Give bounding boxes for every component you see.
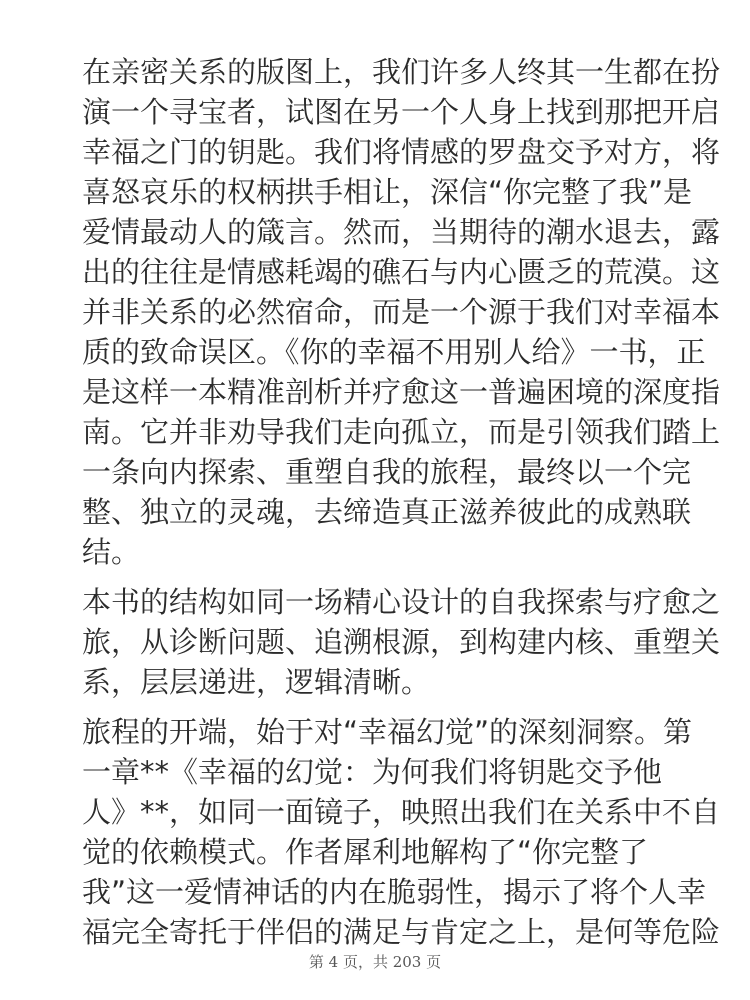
document-page: 在亲密关系的版图上，我们许多人终其一生都在扮 演一个寻宝者，试图在另一个人身上找… (0, 0, 750, 1000)
text-line: 整、独立的灵魂，去缔造真正滋养彼此的成熟联 (82, 492, 682, 532)
text-line: 人》**，如同一面镜子，映照出我们在关系中不自 (82, 792, 682, 832)
text-line: 南。它并非劝导我们走向孤立，而是引领我们踏上 (82, 412, 682, 452)
text-line: 质的致命误区。《你的幸福不用别人给》一书，正 (82, 332, 682, 372)
text-line: 觉的依赖模式。作者犀利地解构了“你完整了 (82, 832, 682, 872)
text-line: 演一个寻宝者，试图在另一个人身上找到那把开启 (82, 92, 682, 132)
text-line: 旅程的开端，始于对“幸福幻觉”的深刻洞察。第 (82, 712, 682, 752)
text-line: 并非关系的必然宿命，而是一个源于我们对幸福本 (82, 292, 682, 332)
paragraph-2: 本书的结构如同一场精心设计的自我探索与疗愈之 旅，从诊断问题、追溯根源，到构建内… (82, 582, 682, 702)
text-line: 幸福之门的钥匙。我们将情感的罗盘交予对方，将 (82, 132, 682, 172)
paragraph-3: 旅程的开端，始于对“幸福幻觉”的深刻洞察。第 一章**《幸福的幻觉：为何我们将钥… (82, 712, 682, 952)
document-body: 在亲密关系的版图上，我们许多人终其一生都在扮 演一个寻宝者，试图在另一个人身上找… (82, 52, 682, 962)
text-line: 是这样一本精准剖析并疗愈这一普遍困境的深度指 (82, 372, 682, 412)
text-line: 我”这一爱情神话的内在脆弱性，揭示了将个人幸 (82, 872, 682, 912)
text-line: 结。 (82, 532, 682, 572)
text-line: 旅，从诊断问题、追溯根源，到构建内核、重塑关 (82, 622, 682, 662)
text-line: 喜怒哀乐的权柄拱手相让，深信“你完整了我”是 (82, 172, 682, 212)
paragraph-1: 在亲密关系的版图上，我们许多人终其一生都在扮 演一个寻宝者，试图在另一个人身上找… (82, 52, 682, 572)
text-line: 福完全寄托于伴侣的满足与肯定之上，是何等危险 (82, 912, 682, 952)
text-line: 在亲密关系的版图上，我们许多人终其一生都在扮 (82, 52, 682, 92)
text-line: 出的往往是情感耗竭的礁石与内心匮乏的荒漠。这 (82, 252, 682, 292)
text-line: 一条向内探索、重塑自我的旅程，最终以一个完 (82, 452, 682, 492)
text-line: 本书的结构如同一场精心设计的自我探索与疗愈之 (82, 582, 682, 622)
text-line: 爱情最动人的箴言。然而，当期待的潮水退去，露 (82, 212, 682, 252)
page-indicator: 第 4 页，共 203 页 (0, 951, 750, 973)
text-line: 系，层层递进，逻辑清晰。 (82, 662, 682, 702)
text-line: 一章**《幸福的幻觉：为何我们将钥匙交予他 (82, 752, 682, 792)
